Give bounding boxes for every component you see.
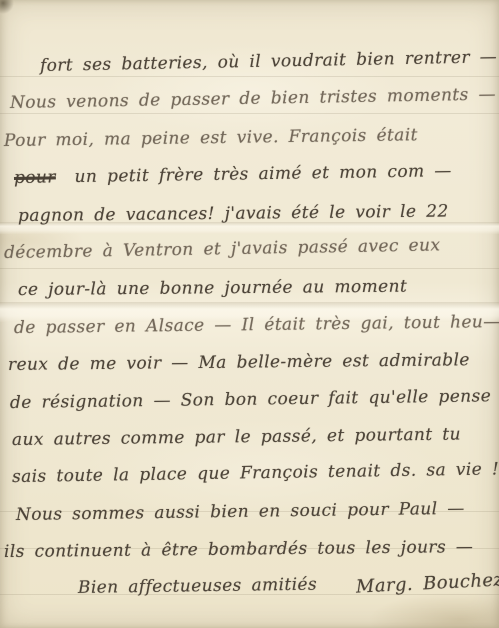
- closing-phrase: Bien affectueuses amitiés: [78, 567, 318, 608]
- closing-line: Bien affectueuses amitiés Marg. Bouchez: [0, 565, 499, 609]
- letter-line-text: un petit frère très aimé et mon com —: [65, 161, 452, 187]
- letter-line: sais toute la place que François tenait …: [12, 452, 499, 497]
- letter-line: pour un petit frère très aimé et mon com…: [14, 153, 499, 198]
- letter-line: de résignation — Son bon coeur fait qu'e…: [10, 378, 499, 422]
- letter-line: de passer en Alsace — Il était très gai,…: [14, 304, 499, 347]
- signature: Marg. Bouchez: [355, 562, 499, 607]
- letter-line: ce jour-là une bonne journée au moment: [18, 268, 499, 310]
- letter-line: Nous sommes aussi bien en souci pour Pau…: [16, 490, 499, 534]
- letter-line: décembre à Ventron et j'avais passé avec…: [4, 226, 499, 272]
- struck-word: pour: [14, 168, 56, 189]
- letter-line: reux de me voir — Ma belle-mère est admi…: [8, 342, 499, 385]
- letter-body: fort ses batteries, où il voudrait bien …: [0, 48, 499, 609]
- letter-page: fort ses batteries, où il voudrait bien …: [0, 0, 499, 628]
- letter-line: Nous venons de passer de bien tristes mo…: [10, 77, 499, 123]
